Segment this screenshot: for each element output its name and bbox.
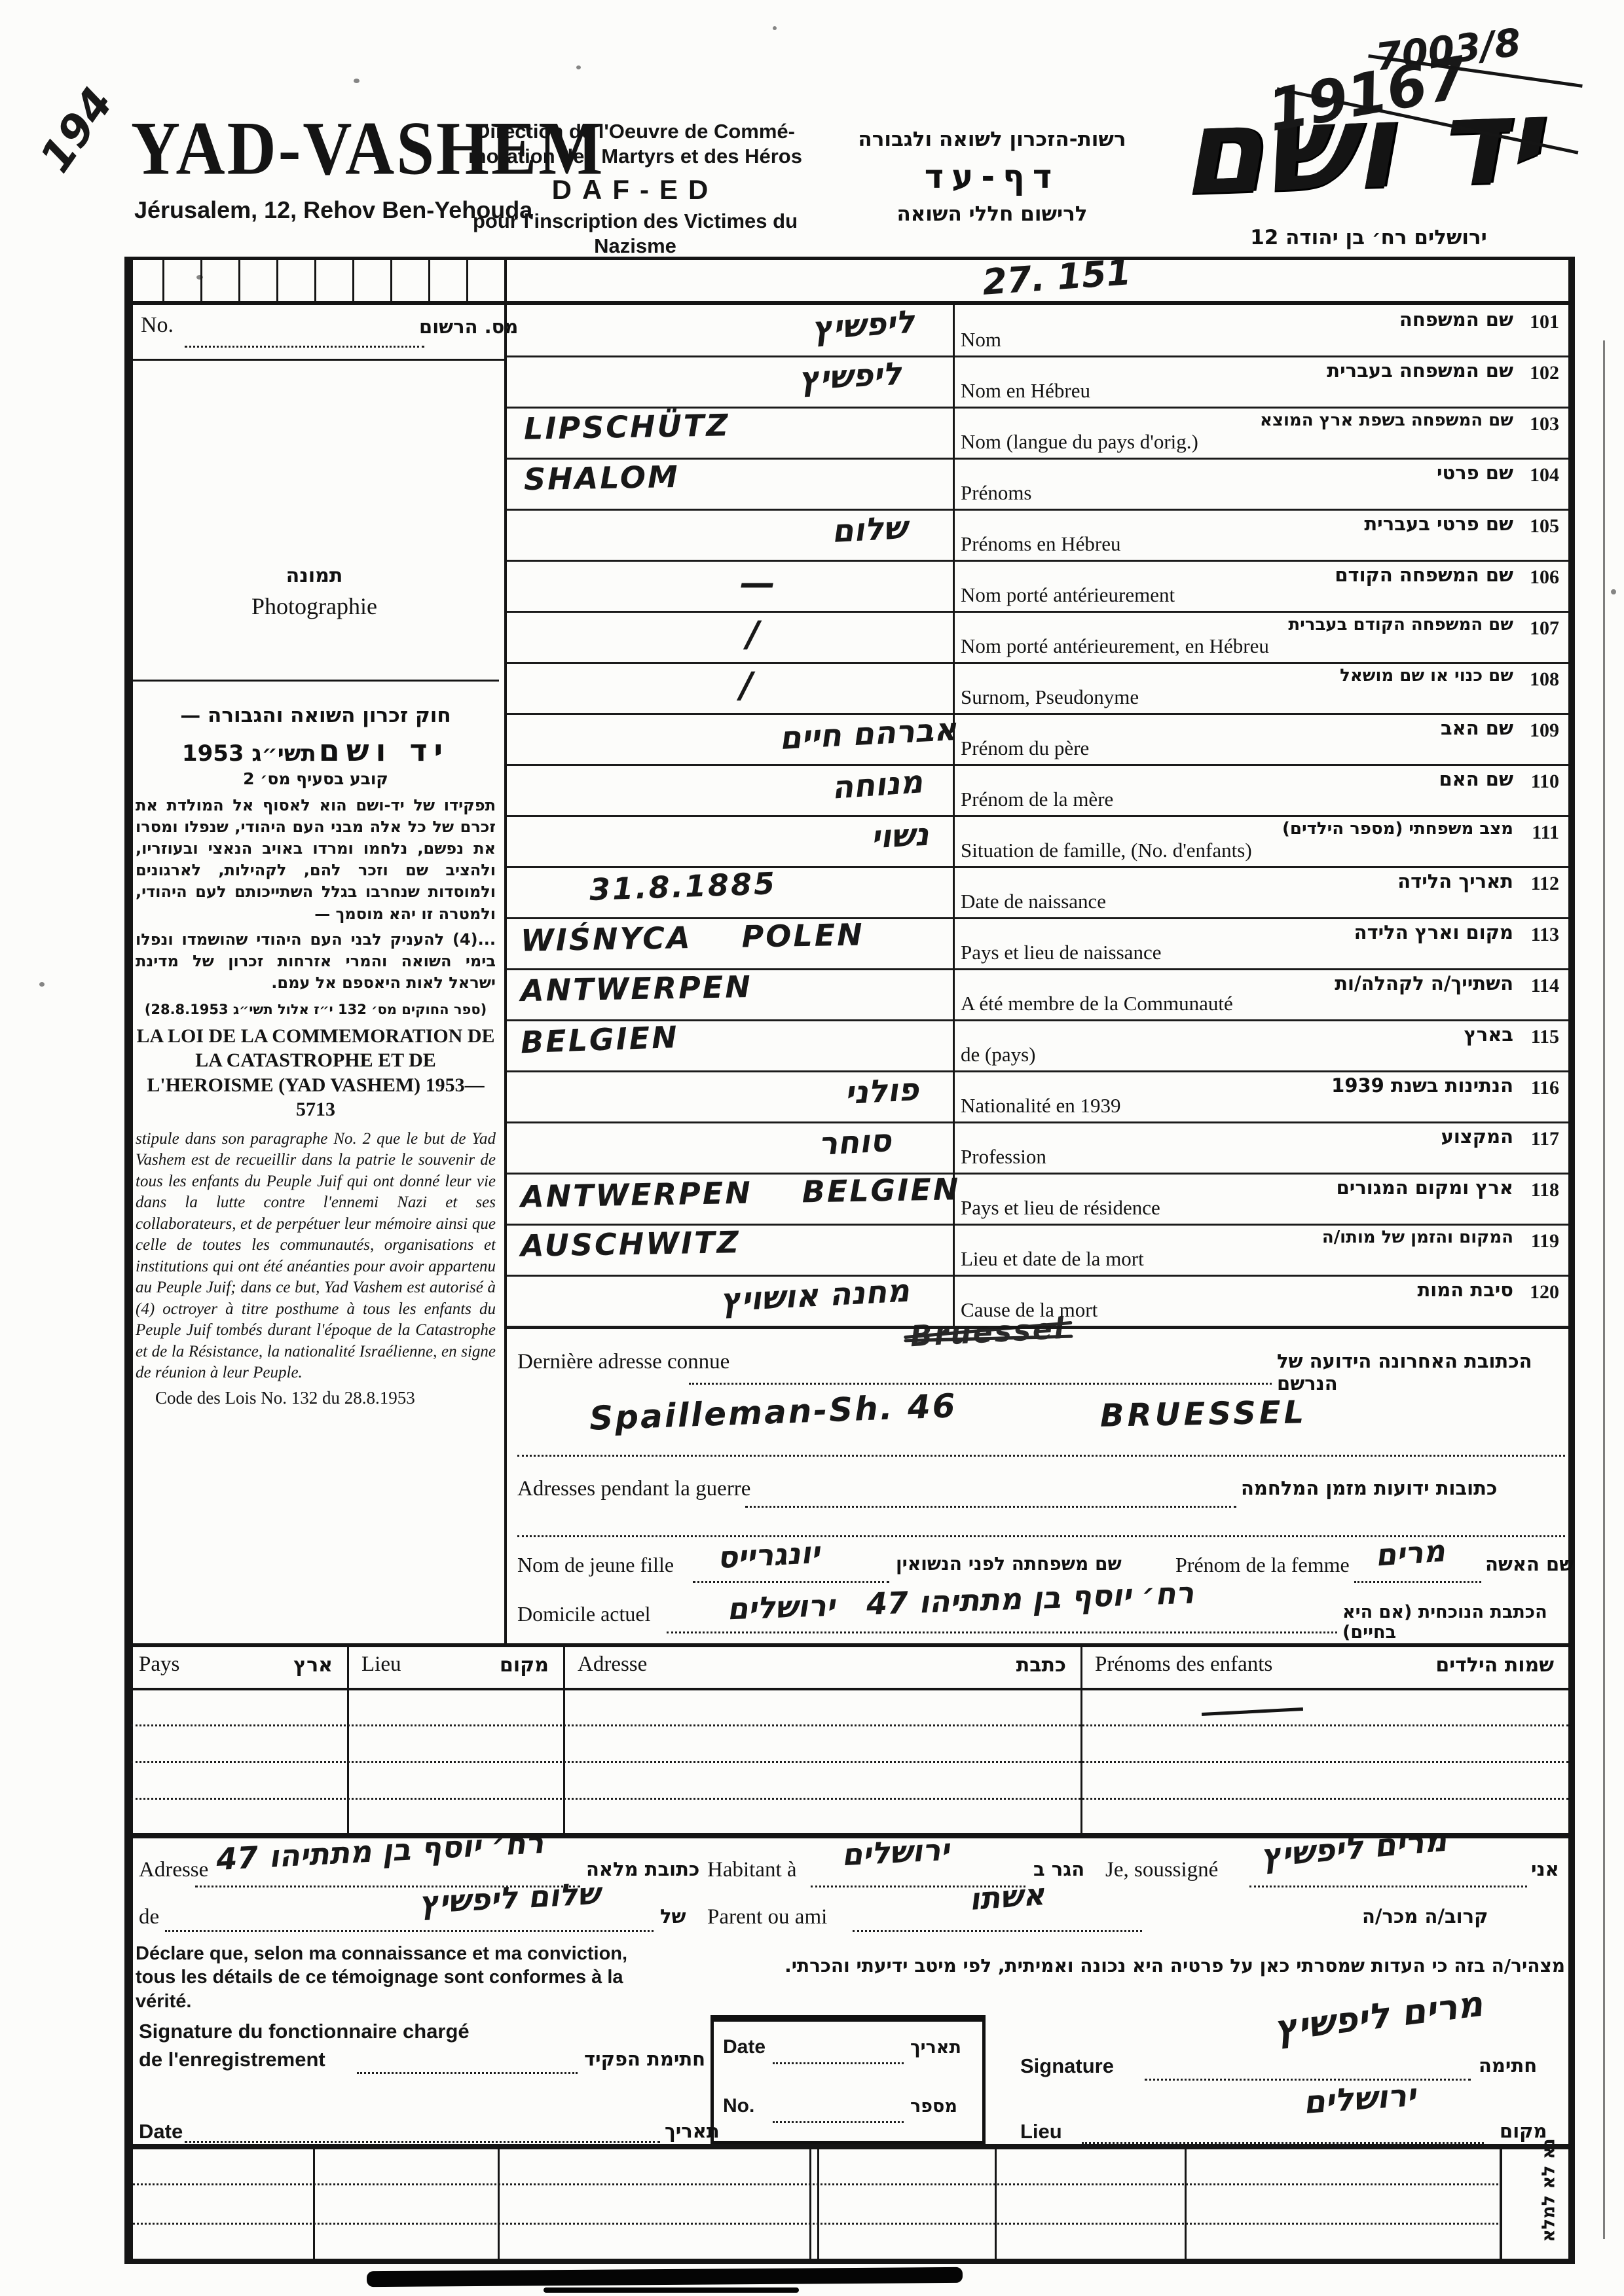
field-107-value: ∕ bbox=[747, 613, 762, 655]
field-105-label-fr: Prénoms en Hébreu bbox=[961, 532, 1121, 556]
org-fr-line5: Nazisme bbox=[458, 234, 812, 259]
field-116-number: 116 bbox=[1531, 1077, 1559, 1099]
registration-no-label-he: מס. הרשום bbox=[419, 316, 518, 338]
legal-fr-body: stipule dans son paragraphe No. 2 que le… bbox=[136, 1129, 496, 1384]
att-adresse-label-he: כתובת מלאה bbox=[586, 1858, 699, 1880]
maiden-name-value: יונגרייס bbox=[716, 1535, 821, 1575]
children-col-header-4: Prénoms des enfantsשמות הילדים bbox=[1080, 1650, 1568, 1684]
dotted-line-15 bbox=[853, 1930, 1142, 1932]
field-row-101: ליפשיץשם המשפחה101Nom bbox=[504, 304, 1568, 357]
att-parent-value: אשתו bbox=[968, 1876, 1046, 1917]
signature-label-fr: Signature bbox=[1020, 2054, 1114, 2078]
field-117-label-fr: Profession bbox=[961, 1145, 1046, 1169]
field-108-value: ∕ bbox=[740, 665, 755, 706]
children-first-row-dash bbox=[1202, 1707, 1303, 1716]
box-date-label-he: תאריך bbox=[910, 2037, 961, 2058]
children-col-header-3: Adresseכתבת bbox=[563, 1650, 1080, 1684]
att-adresse-value: רח׳ יוסף בן מתתיהו 47 bbox=[215, 1825, 544, 1877]
last-address-city-value: BRUESSEL bbox=[1100, 1394, 1308, 1434]
children-col-3-fr: Adresse bbox=[578, 1652, 647, 1677]
top-strip-divider-3 bbox=[276, 257, 278, 301]
field-row-112: 31.8.1885תאריך הלידה112Date de naissance bbox=[504, 866, 1568, 919]
do-not-fill-note: נא לא למלא bbox=[1539, 2119, 1559, 2263]
last-address-label-he: הכתובת האחרונה הידועה של הנרשם bbox=[1277, 1350, 1565, 1394]
field-109-label-fr: Prénom du père bbox=[961, 737, 1089, 760]
att-parent-label-fr: Parent ou ami bbox=[707, 1905, 827, 1929]
war-addresses-label-fr: Adresses pendant la guerre bbox=[517, 1477, 750, 1501]
frame-left-border bbox=[124, 257, 133, 2264]
att-soussigne-label-fr: Je, soussigné bbox=[1105, 1858, 1218, 1882]
field-102-label-he: שם המשפחה בעברית bbox=[1327, 359, 1513, 382]
att-soussigne-label-he: אני bbox=[1531, 1858, 1559, 1880]
org-fr-daf-ed: DAF-ED bbox=[458, 173, 812, 206]
dotted-line-16 bbox=[357, 2072, 578, 2074]
field-row-108: ∕שם כנוי או שם מושאל108Surnom, Pseudonym… bbox=[504, 662, 1568, 715]
field-104-value: SHALOM bbox=[524, 459, 680, 497]
photo-box-label-he: תמונה bbox=[131, 564, 498, 587]
wife-name-label-he: שם האשה bbox=[1485, 1553, 1574, 1575]
dotted-line-17 bbox=[185, 2141, 660, 2143]
field-101-label-fr: Nom bbox=[961, 328, 1001, 352]
legal-he-subtitle: קובע בסעיף מס׳ 2 bbox=[136, 769, 496, 788]
dotted-line-2 bbox=[517, 1455, 1565, 1457]
field-row-113: WIŚNYCA POLENמקום וארץ הלידה113Pays et l… bbox=[504, 917, 1568, 970]
field-107-label-he: שם המשפחה הקודם בעברית bbox=[1288, 615, 1513, 634]
org-hebrew-block: רשות-הזכרון לשואה ולגבורה דף-עד לרישום ח… bbox=[822, 128, 1162, 226]
children-col-1-fr: Pays bbox=[139, 1652, 179, 1677]
date-no-box: Date תאריך No. מספר bbox=[710, 2015, 986, 2147]
org-he-line2: דף-עד bbox=[822, 158, 1162, 196]
photo-box-label-fr: Photographie bbox=[131, 592, 498, 620]
att-soussigne-value: מרים ליפשיץ bbox=[1259, 1822, 1448, 1875]
field-117-number: 117 bbox=[1531, 1128, 1559, 1150]
dotted-line-0 bbox=[185, 346, 424, 348]
top-strip-divider-4 bbox=[314, 257, 316, 301]
rule-v-2 bbox=[347, 1643, 349, 1833]
lieu-label-fr: Lieu bbox=[1020, 2120, 1062, 2143]
field-114-number: 114 bbox=[1531, 975, 1559, 997]
field-111-label-he: מצב משפחתי (מספר הילדים) bbox=[1282, 819, 1513, 839]
dotted-line-18 bbox=[1145, 2079, 1471, 2081]
rule-h-2 bbox=[131, 680, 499, 682]
field-119-number: 119 bbox=[1531, 1230, 1559, 1252]
dotted-line-7 bbox=[667, 1631, 1337, 1633]
rule-h-1 bbox=[133, 359, 504, 361]
legal-he-law-name: יד ושם bbox=[319, 733, 449, 768]
field-110-label-fr: Prénom de la mère bbox=[961, 788, 1113, 811]
field-row-104: SHALOMשם פרטי104Prénoms bbox=[504, 458, 1568, 511]
field-108-label-he: שם כנוי או שם מושאל bbox=[1340, 666, 1513, 685]
wife-name-value: מרים bbox=[1374, 1533, 1446, 1573]
att-adresse-label-fr: Adresse bbox=[139, 1858, 208, 1882]
field-row-118: ANTWERPEN BELGIENארץ ומקום המגורים118Pay… bbox=[504, 1173, 1568, 1226]
field-119-value: AUSCHWITZ bbox=[521, 1224, 741, 1264]
field-109-label-he: שם האב bbox=[1441, 717, 1513, 739]
field-105-value: שלום bbox=[831, 509, 908, 550]
field-116-value: פולני bbox=[844, 1071, 920, 1112]
field-111-value: נשוי bbox=[870, 816, 930, 856]
legal-fr-code: Code des Lois No. 132 du 28.8.1953 bbox=[136, 1388, 496, 1408]
field-113-value: WIŚNYCA POLEN bbox=[521, 917, 864, 958]
rule-v-1 bbox=[953, 304, 955, 1326]
field-row-114: ANTWERPENהשתייך/ה לקהלה/ות114A été membr… bbox=[504, 968, 1568, 1021]
org-fr-line4: pour l'inscription des Victimes du bbox=[458, 209, 812, 234]
signature-label-he: חתימה bbox=[1479, 2054, 1537, 2077]
children-col-4-he: שמות הילדים bbox=[1435, 1654, 1554, 1677]
field-113-label-he: מקום וארץ הלידה bbox=[1354, 921, 1513, 943]
field-101-label-he: שם המשפחה bbox=[1399, 308, 1513, 331]
rule-v-6 bbox=[498, 2144, 500, 2259]
rule-v-3 bbox=[563, 1643, 565, 1833]
field-113-number: 113 bbox=[1531, 924, 1559, 946]
maiden-name-label-fr: Nom de jeune fille bbox=[517, 1553, 674, 1577]
field-row-102: ליפשיץשם המשפחה בעברית102Nom en Hébreu bbox=[504, 355, 1568, 409]
rule-v-8 bbox=[817, 2144, 819, 2259]
att-de-label-fr: de bbox=[139, 1905, 159, 1929]
att-de-value: שלום ליפשיץ bbox=[418, 1876, 601, 1920]
field-107-label-fr: Nom porté antérieurement, en Hébreu bbox=[961, 634, 1269, 658]
rule-v-4 bbox=[1080, 1643, 1082, 1833]
dotted-line-9 bbox=[131, 1761, 1568, 1763]
field-101-number: 101 bbox=[1530, 311, 1559, 333]
field-120-label-he: סיבת המות bbox=[1417, 1279, 1513, 1301]
field-103-label-fr: Nom (langue du pays d'orig.) bbox=[961, 430, 1198, 454]
rule-v-10 bbox=[1185, 2144, 1187, 2259]
field-109-value: אברהם חיים bbox=[779, 711, 957, 757]
legal-fr-title: LA LOI DE LA COMMEMORATION DE LA CATASTR… bbox=[136, 1024, 496, 1122]
field-118-number: 118 bbox=[1531, 1179, 1559, 1201]
corner-page-number: 194 bbox=[30, 79, 123, 181]
field-103-number: 103 bbox=[1530, 413, 1559, 435]
field-112-label-he: תאריך הלידה bbox=[1397, 870, 1513, 892]
dotted-line-21 bbox=[133, 2223, 1498, 2225]
field-106-number: 106 bbox=[1530, 566, 1559, 589]
field-103-label-he: שם המשפחה בשפת ארץ המוצא bbox=[1260, 410, 1513, 430]
field-112-number: 112 bbox=[1531, 873, 1559, 895]
dotted-line-4 bbox=[517, 1535, 1565, 1537]
field-106-label-fr: Nom porté antérieurement bbox=[961, 583, 1175, 607]
field-117-label-he: המקצוע bbox=[1441, 1125, 1513, 1148]
field-115-label-fr: de (pays) bbox=[961, 1043, 1035, 1066]
field-105-number: 105 bbox=[1530, 515, 1559, 538]
field-row-110: מנוחהשם האם110Prénom de la mère bbox=[504, 764, 1568, 817]
children-col-header-2: Lieuמקום bbox=[347, 1650, 563, 1684]
field-103-value: LIPSCHÜTZ bbox=[524, 407, 731, 446]
field-row-105: שלוםשם פרטי בעברית105Prénoms en Hébreu bbox=[504, 509, 1568, 562]
rule-h-5 bbox=[124, 1833, 1575, 1838]
legal-he-body: תפקידו של יד-ושם הוא לאסוף אל המולדת את … bbox=[136, 795, 496, 925]
official-signature-label-fr2: de l'enregistrement bbox=[139, 2048, 325, 2071]
outer-right-line bbox=[1603, 340, 1605, 2239]
dotted-line-3 bbox=[745, 1506, 1236, 1508]
logo-address: ירושלים רח׳ בן יהודה 12 bbox=[1185, 226, 1552, 249]
field-118-label-fr: Pays et lieu de résidence bbox=[961, 1196, 1160, 1220]
frame-right-border bbox=[1568, 257, 1575, 2264]
dotted-line-11 bbox=[195, 1886, 580, 1887]
dotted-line-13 bbox=[1249, 1886, 1527, 1887]
rule-h-6 bbox=[124, 2144, 1575, 2149]
field-row-111: נשוימצב משפחתי (מספר הילדים)111Situation… bbox=[504, 815, 1568, 868]
children-col-3-he: כתבת bbox=[1016, 1654, 1066, 1677]
children-col-2-fr: Lieu bbox=[361, 1652, 401, 1677]
date-left-label-fr: Date bbox=[139, 2120, 183, 2143]
att-parent-label-he: קרוב/ה מכר/ה bbox=[1362, 1905, 1565, 1927]
rule-v-7 bbox=[809, 2144, 811, 2259]
dotted-line-14 bbox=[165, 1930, 654, 1932]
lieu-value: ירושלים bbox=[1302, 2077, 1417, 2121]
testimony-page: 194 YAD-VASHEM Jérusalem, 12, Rehov Ben-… bbox=[0, 0, 1624, 2296]
children-col-4-fr: Prénoms des enfants bbox=[1095, 1652, 1272, 1677]
field-120-number: 120 bbox=[1530, 1281, 1559, 1303]
rule-v-11 bbox=[1500, 2144, 1502, 2259]
dotted-line-20 bbox=[133, 2183, 1498, 2185]
legal-column: חוק זכרון השואה והגבורה — יד ושם תשי״ג 1… bbox=[136, 704, 496, 1408]
field-110-label-he: שם האם bbox=[1439, 768, 1513, 790]
field-row-109: אברהם חייםשם האב109Prénom du père bbox=[504, 713, 1568, 766]
last-address-street-value: Spailleman-Sh. 46 bbox=[589, 1387, 957, 1438]
children-col-header-1: Paysארץ bbox=[124, 1650, 347, 1684]
field-row-117: סוחרהמקצוע117Profession bbox=[504, 1121, 1568, 1175]
org-he-line3: לרישום חללי השואה bbox=[822, 202, 1162, 226]
dotted-line-10 bbox=[131, 1798, 1568, 1800]
field-105-label-he: שם פרטי בעברית bbox=[1364, 513, 1513, 535]
field-104-number: 104 bbox=[1530, 464, 1559, 486]
field-106-value: — bbox=[740, 562, 777, 604]
att-habitant-label-fr: Habitant à bbox=[707, 1858, 797, 1882]
field-114-value: ANTWERPEN bbox=[521, 969, 753, 1008]
org-french-block: Direction de l'Oeuvre de Commé- moration… bbox=[458, 119, 812, 258]
field-116-label-fr: Nationalité en 1939 bbox=[961, 1094, 1121, 1118]
field-102-number: 102 bbox=[1530, 362, 1559, 384]
scan-smudge bbox=[367, 2267, 963, 2287]
wife-name-label-fr: Prénom de la femme bbox=[1175, 1553, 1350, 1577]
top-strip-divider-7 bbox=[428, 257, 430, 301]
att-declaration-he: מצהיר/ה בזה כי העדות שמסרתי כאן על פרטיה… bbox=[671, 1955, 1565, 1977]
legal-he-title: חוק זכרון השואה והגבורה — bbox=[136, 704, 496, 727]
scan-smudge-2 bbox=[544, 2287, 799, 2293]
field-107-number: 107 bbox=[1530, 617, 1559, 640]
field-106-label-he: שם המשפחה הקודם bbox=[1335, 564, 1513, 586]
field-102-label-fr: Nom en Hébreu bbox=[961, 379, 1090, 403]
att-declaration-fr: Déclare que, selon ma connaissance et ma… bbox=[136, 1942, 666, 2013]
field-102-value: ליפשיץ bbox=[798, 355, 902, 397]
field-115-number: 115 bbox=[1531, 1026, 1559, 1048]
dotted-line-6 bbox=[1354, 1581, 1481, 1583]
maiden-name-label-he: שם משפחתה לפני הנשואין bbox=[896, 1553, 1122, 1575]
org-he-line1: רשות-הזכרון לשואה ולגבורה bbox=[822, 128, 1162, 151]
legal-he-law-year: תשי״ג 1953 bbox=[182, 740, 316, 767]
rule-h-0 bbox=[124, 301, 1575, 305]
att-de-label-he: של bbox=[660, 1905, 686, 1927]
domicile-label-he: הכתבת הנוכחית (אם היא בחיים) bbox=[1342, 1602, 1568, 1643]
field-119-label-fr: Lieu et date de la mort bbox=[961, 1247, 1144, 1271]
field-108-label-fr: Surnom, Pseudonyme bbox=[961, 685, 1139, 709]
rule-v-0 bbox=[504, 257, 507, 1643]
field-118-label-he: ארץ ומקום המגורים bbox=[1337, 1176, 1513, 1199]
field-row-103: LIPSCHÜTZשם המשפחה בשפת ארץ המוצא103Nom … bbox=[504, 407, 1568, 460]
field-116-label-he: הנתינות בשנת 1939 bbox=[1331, 1074, 1513, 1097]
top-strip-divider-2 bbox=[238, 257, 240, 301]
field-101-value: ליפשיץ bbox=[811, 304, 915, 348]
field-120-value: מחנה אושויץ bbox=[720, 1272, 910, 1319]
dotted-line-19 bbox=[1082, 2142, 1484, 2144]
official-signature-label-fr1: Signature du fonctionnaire chargé bbox=[139, 2020, 470, 2043]
field-109-number: 109 bbox=[1530, 720, 1559, 742]
box-no-label-he: מספר bbox=[910, 2096, 957, 2117]
org-fr-line2: moration des Martyrs et des Héros bbox=[458, 144, 812, 169]
dotted-line-1 bbox=[689, 1383, 1272, 1385]
rule-h-3 bbox=[124, 1643, 1575, 1647]
dotted-line-8 bbox=[131, 1724, 1568, 1726]
field-104-label-he: שם פרטי bbox=[1437, 462, 1513, 484]
field-row-107: ∕שם המשפחה הקודם בעברית107Nom porté anté… bbox=[504, 611, 1568, 664]
frame-bottom-border bbox=[124, 2259, 1575, 2264]
children-col-1-he: ארץ bbox=[293, 1654, 333, 1677]
rule-v-9 bbox=[995, 2144, 997, 2259]
field-104-label-fr: Prénoms bbox=[961, 481, 1032, 505]
org-fr-line1: Direction de l'Oeuvre de Commé- bbox=[458, 119, 812, 144]
field-114-label-fr: A été membre de la Communauté bbox=[961, 992, 1233, 1015]
top-strip-divider-8 bbox=[466, 257, 468, 301]
domicile-label-fr: Domicile actuel bbox=[517, 1602, 650, 1626]
legal-he-body2: ...(4) להעניק לבני העם היהודי שהושמדו ונ… bbox=[136, 929, 496, 994]
registration-no-label-fr: No. bbox=[141, 313, 174, 338]
field-119-label-he: המקום והזמן של מותו/ה bbox=[1322, 1228, 1513, 1247]
legal-he-citation: (ספר החוקים מס׳ 132 י״ז אלול תשי״ג 28.8.… bbox=[136, 1002, 496, 1017]
field-117-value: סוחר bbox=[818, 1122, 893, 1163]
top-strip-divider-1 bbox=[200, 257, 202, 301]
top-strip-divider-0 bbox=[162, 257, 164, 301]
signature-value: מרים ליפשיץ bbox=[1272, 1983, 1485, 2050]
field-115-value: BELGIEN bbox=[520, 1019, 679, 1060]
field-108-number: 108 bbox=[1530, 668, 1559, 691]
field-112-label-fr: Date de naissance bbox=[961, 890, 1106, 913]
field-111-number: 111 bbox=[1532, 822, 1559, 844]
field-row-106: —שם המשפחה הקודם106Nom porté antérieurem… bbox=[504, 560, 1568, 613]
war-addresses-label-he: כתובות ידועות מזמן המלחמה bbox=[1241, 1477, 1565, 1499]
rule-h-4 bbox=[124, 1688, 1575, 1690]
field-110-value: מנוחה bbox=[830, 763, 923, 807]
children-col-2-he: מקום bbox=[500, 1654, 549, 1677]
dotted-line-5 bbox=[693, 1581, 889, 1583]
field-112-value: 31.8.1885 bbox=[589, 866, 777, 907]
box-date-label-fr: Date bbox=[723, 2036, 766, 2058]
field-row-115: BELGIENבארץ115de (pays) bbox=[504, 1019, 1568, 1072]
dotted-line-12 bbox=[811, 1886, 1025, 1887]
field-110-number: 110 bbox=[1531, 771, 1559, 793]
top-strip-divider-6 bbox=[390, 257, 392, 301]
field-row-119: AUSCHWITZהמקום והזמן של מותו/ה119Lieu et… bbox=[504, 1224, 1568, 1277]
frame-top-border bbox=[124, 257, 1575, 260]
field-111-label-fr: Situation de famille, (No. d'enfants) bbox=[961, 839, 1252, 862]
top-strip-divider-5 bbox=[352, 257, 354, 301]
field-row-116: פולניהנתינות בשנת 1939116Nationalité en … bbox=[504, 1070, 1568, 1123]
official-signature-label-he: חתימת הפקיד bbox=[584, 2048, 705, 2070]
box-no-label-fr: No. bbox=[723, 2095, 754, 2117]
field-114-label-he: השתייך/ה לקהלה/ות bbox=[1335, 972, 1513, 994]
rule-v-5 bbox=[313, 2144, 315, 2259]
field-115-label-he: בארץ bbox=[1464, 1023, 1513, 1046]
last-address-label-fr: Dernière adresse connue bbox=[517, 1350, 729, 1374]
field-118-value: ANTWERPEN BELGIEN bbox=[521, 1171, 961, 1214]
field-113-label-fr: Pays et lieu de naissance bbox=[961, 941, 1161, 964]
